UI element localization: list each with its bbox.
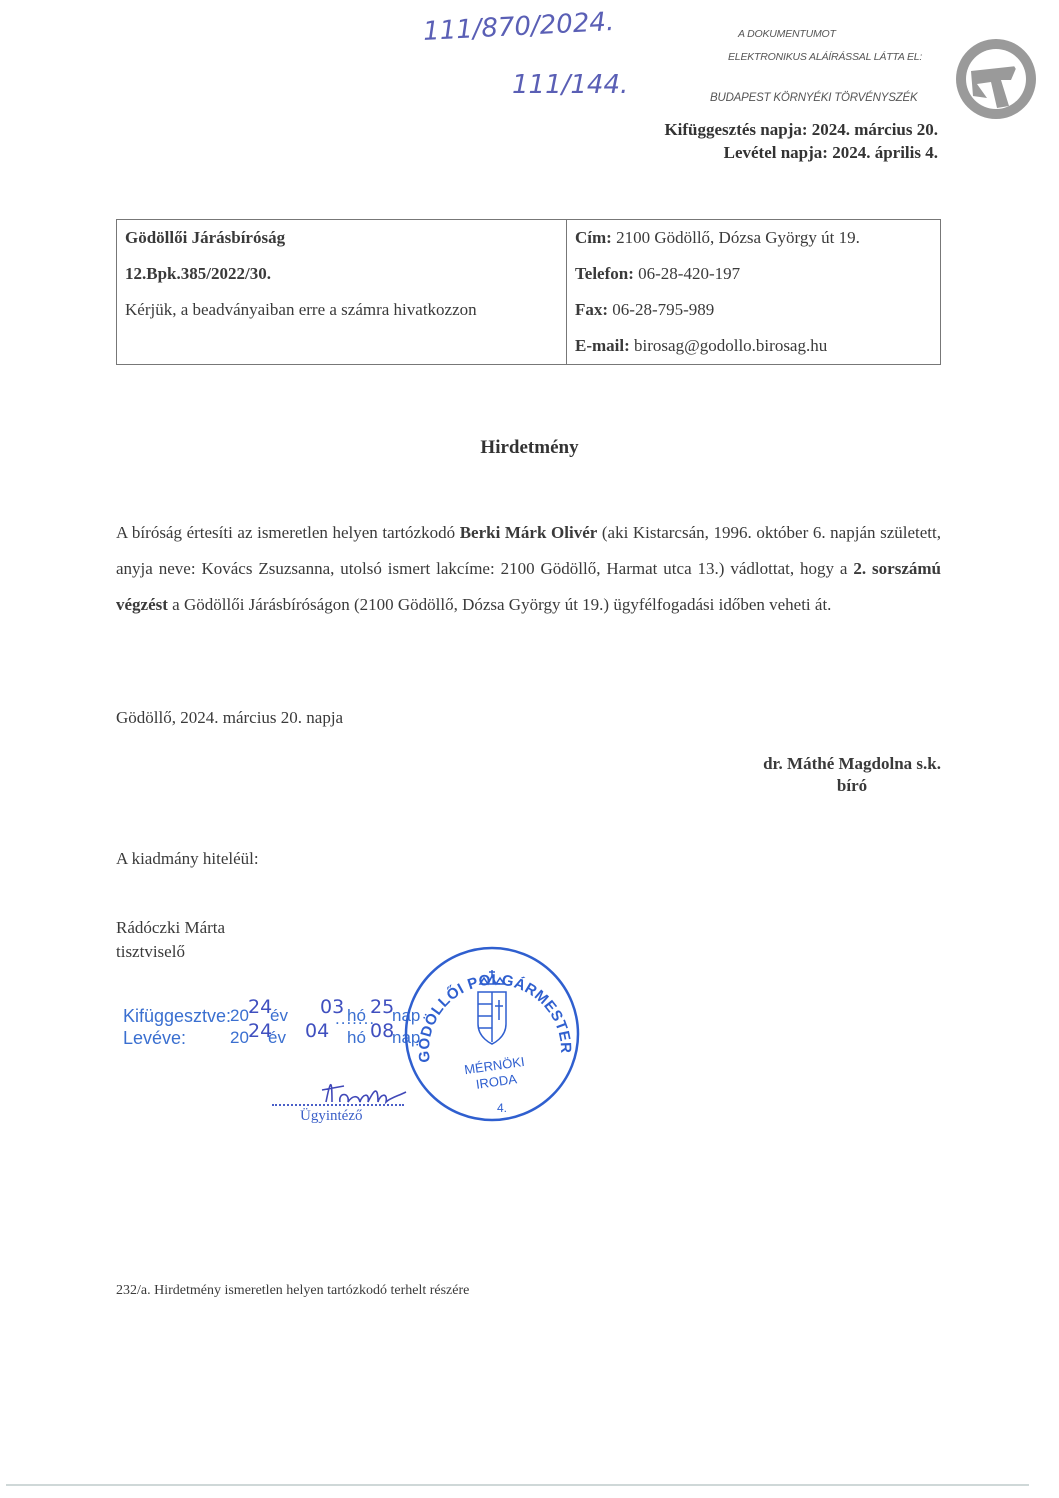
stamp-posted-year-unit: év <box>270 1006 288 1026</box>
judge-role: bíró <box>763 776 941 796</box>
signature-dotted-line <box>272 1104 404 1106</box>
stamp-removed-year-prefix: 20 <box>230 1028 249 1048</box>
address-label: Cím: <box>575 228 612 247</box>
scan-edge-line <box>6 1484 1029 1486</box>
posting-date: Kifüggesztés napja: 2024. március 20. <box>664 120 938 140</box>
court-info-cell: Gödöllői Járásbíróság 12.Bpk.385/2022/30… <box>117 220 567 365</box>
email-value: birosag@godollo.birosag.hu <box>634 336 827 355</box>
contact-info-cell: Cím: 2100 Gödöllő, Dózsa György út 19. T… <box>567 220 941 365</box>
handwritten-sub-number: 111/144. <box>512 70 628 100</box>
address-value: 2100 Gödöllő, Dózsa György út 19. <box>616 228 860 247</box>
fax-row: Fax: 06-28-795-989 <box>575 292 932 328</box>
case-number: 12.Bpk.385/2022/30. <box>125 256 558 292</box>
stamp-posted-year: 24 <box>248 996 272 1018</box>
reference-note: Kérjük, a beadványaiban erre a számra hi… <box>125 292 558 328</box>
phone-row: Telefon: 06-28-420-197 <box>575 256 932 292</box>
court-name: Gödöllői Járásbíróság <box>125 220 558 256</box>
fax-value: 06-28-795-989 <box>612 300 714 319</box>
court-header-table: Gödöllői Járásbíróság 12.Bpk.385/2022/30… <box>116 219 941 365</box>
esignature-line-2: ELEKTRONIKUS ALÁÍRÁSSAL LÁTTA EL: <box>728 51 922 63</box>
body-text-3: a Gödöllői Járásbíróságon (2100 Gödöllő,… <box>168 595 832 614</box>
svg-text:4.: 4. <box>497 1101 507 1115</box>
stamp-posted-year-prefix: 20 <box>230 1006 249 1026</box>
handwritten-file-number: 111/870/2024. <box>422 7 615 47</box>
footer-form-note: 232/a. Hirdetmény ismeretlen helyen tart… <box>116 1283 469 1299</box>
round-official-stamp: GÖDÖLLŐI POLGÁRMESTER HIVATAL MÉRNÖKI IR… <box>402 944 582 1124</box>
phone-label: Telefon: <box>575 264 634 283</box>
body-text-1: A bíróság értesíti az ismeretlen helyen … <box>116 523 460 542</box>
stamp-posted-day: 25 <box>370 996 394 1018</box>
stamp-posted-month-unit: hó <box>347 1006 366 1026</box>
notice-body: A bíróság értesíti az ismeretlen helyen … <box>116 515 941 623</box>
stamp-removed-day: 08 <box>370 1020 394 1042</box>
judge-name: dr. Máthé Magdolna s.k. <box>763 754 941 774</box>
fax-label: Fax: <box>575 300 608 319</box>
clerk-role: tisztviselő <box>116 942 185 962</box>
place-date: Gödöllő, 2024. március 20. napja <box>116 708 343 728</box>
round-stamp-icon: GÖDÖLLŐI POLGÁRMESTER HIVATAL MÉRNÖKI IR… <box>402 944 582 1124</box>
judge-signature: dr. Máthé Magdolna s.k. bíró <box>763 754 941 796</box>
defendant-name: Berki Márk Olivér <box>460 523 598 542</box>
email-row: E-mail: birosag@godollo.birosag.hu <box>575 328 932 364</box>
removal-date: Levétel napja: 2024. április 4. <box>724 143 938 163</box>
stamp-removed-month-unit: hó <box>347 1028 366 1048</box>
email-label: E-mail: <box>575 336 630 355</box>
document-title: Hirdetmény <box>0 437 1059 459</box>
esignature-line-1: A DOKUMENTUMOT <box>738 28 836 40</box>
clerk-name: Rádóczki Márta <box>116 918 225 938</box>
authentication-label: A kiadmány hiteléül: <box>116 849 259 869</box>
stamp-officer-label: Ügyintéző <box>300 1108 362 1125</box>
stamp-removed-year-unit: év <box>268 1028 286 1048</box>
court-logo-icon <box>953 36 1039 122</box>
stamp-removed-label: Levéve: <box>123 1028 186 1049</box>
esignature-court: BUDAPEST KÖRNYÉKI TÖRVÉNYSZÉK <box>710 92 917 104</box>
stamp-posted-label: Kifüggesztve: <box>123 1006 231 1027</box>
phone-value: 06-28-420-197 <box>638 264 740 283</box>
address-row: Cím: 2100 Gödöllő, Dózsa György út 19. <box>575 220 932 256</box>
stamp-removed-month: 04 <box>305 1020 329 1042</box>
